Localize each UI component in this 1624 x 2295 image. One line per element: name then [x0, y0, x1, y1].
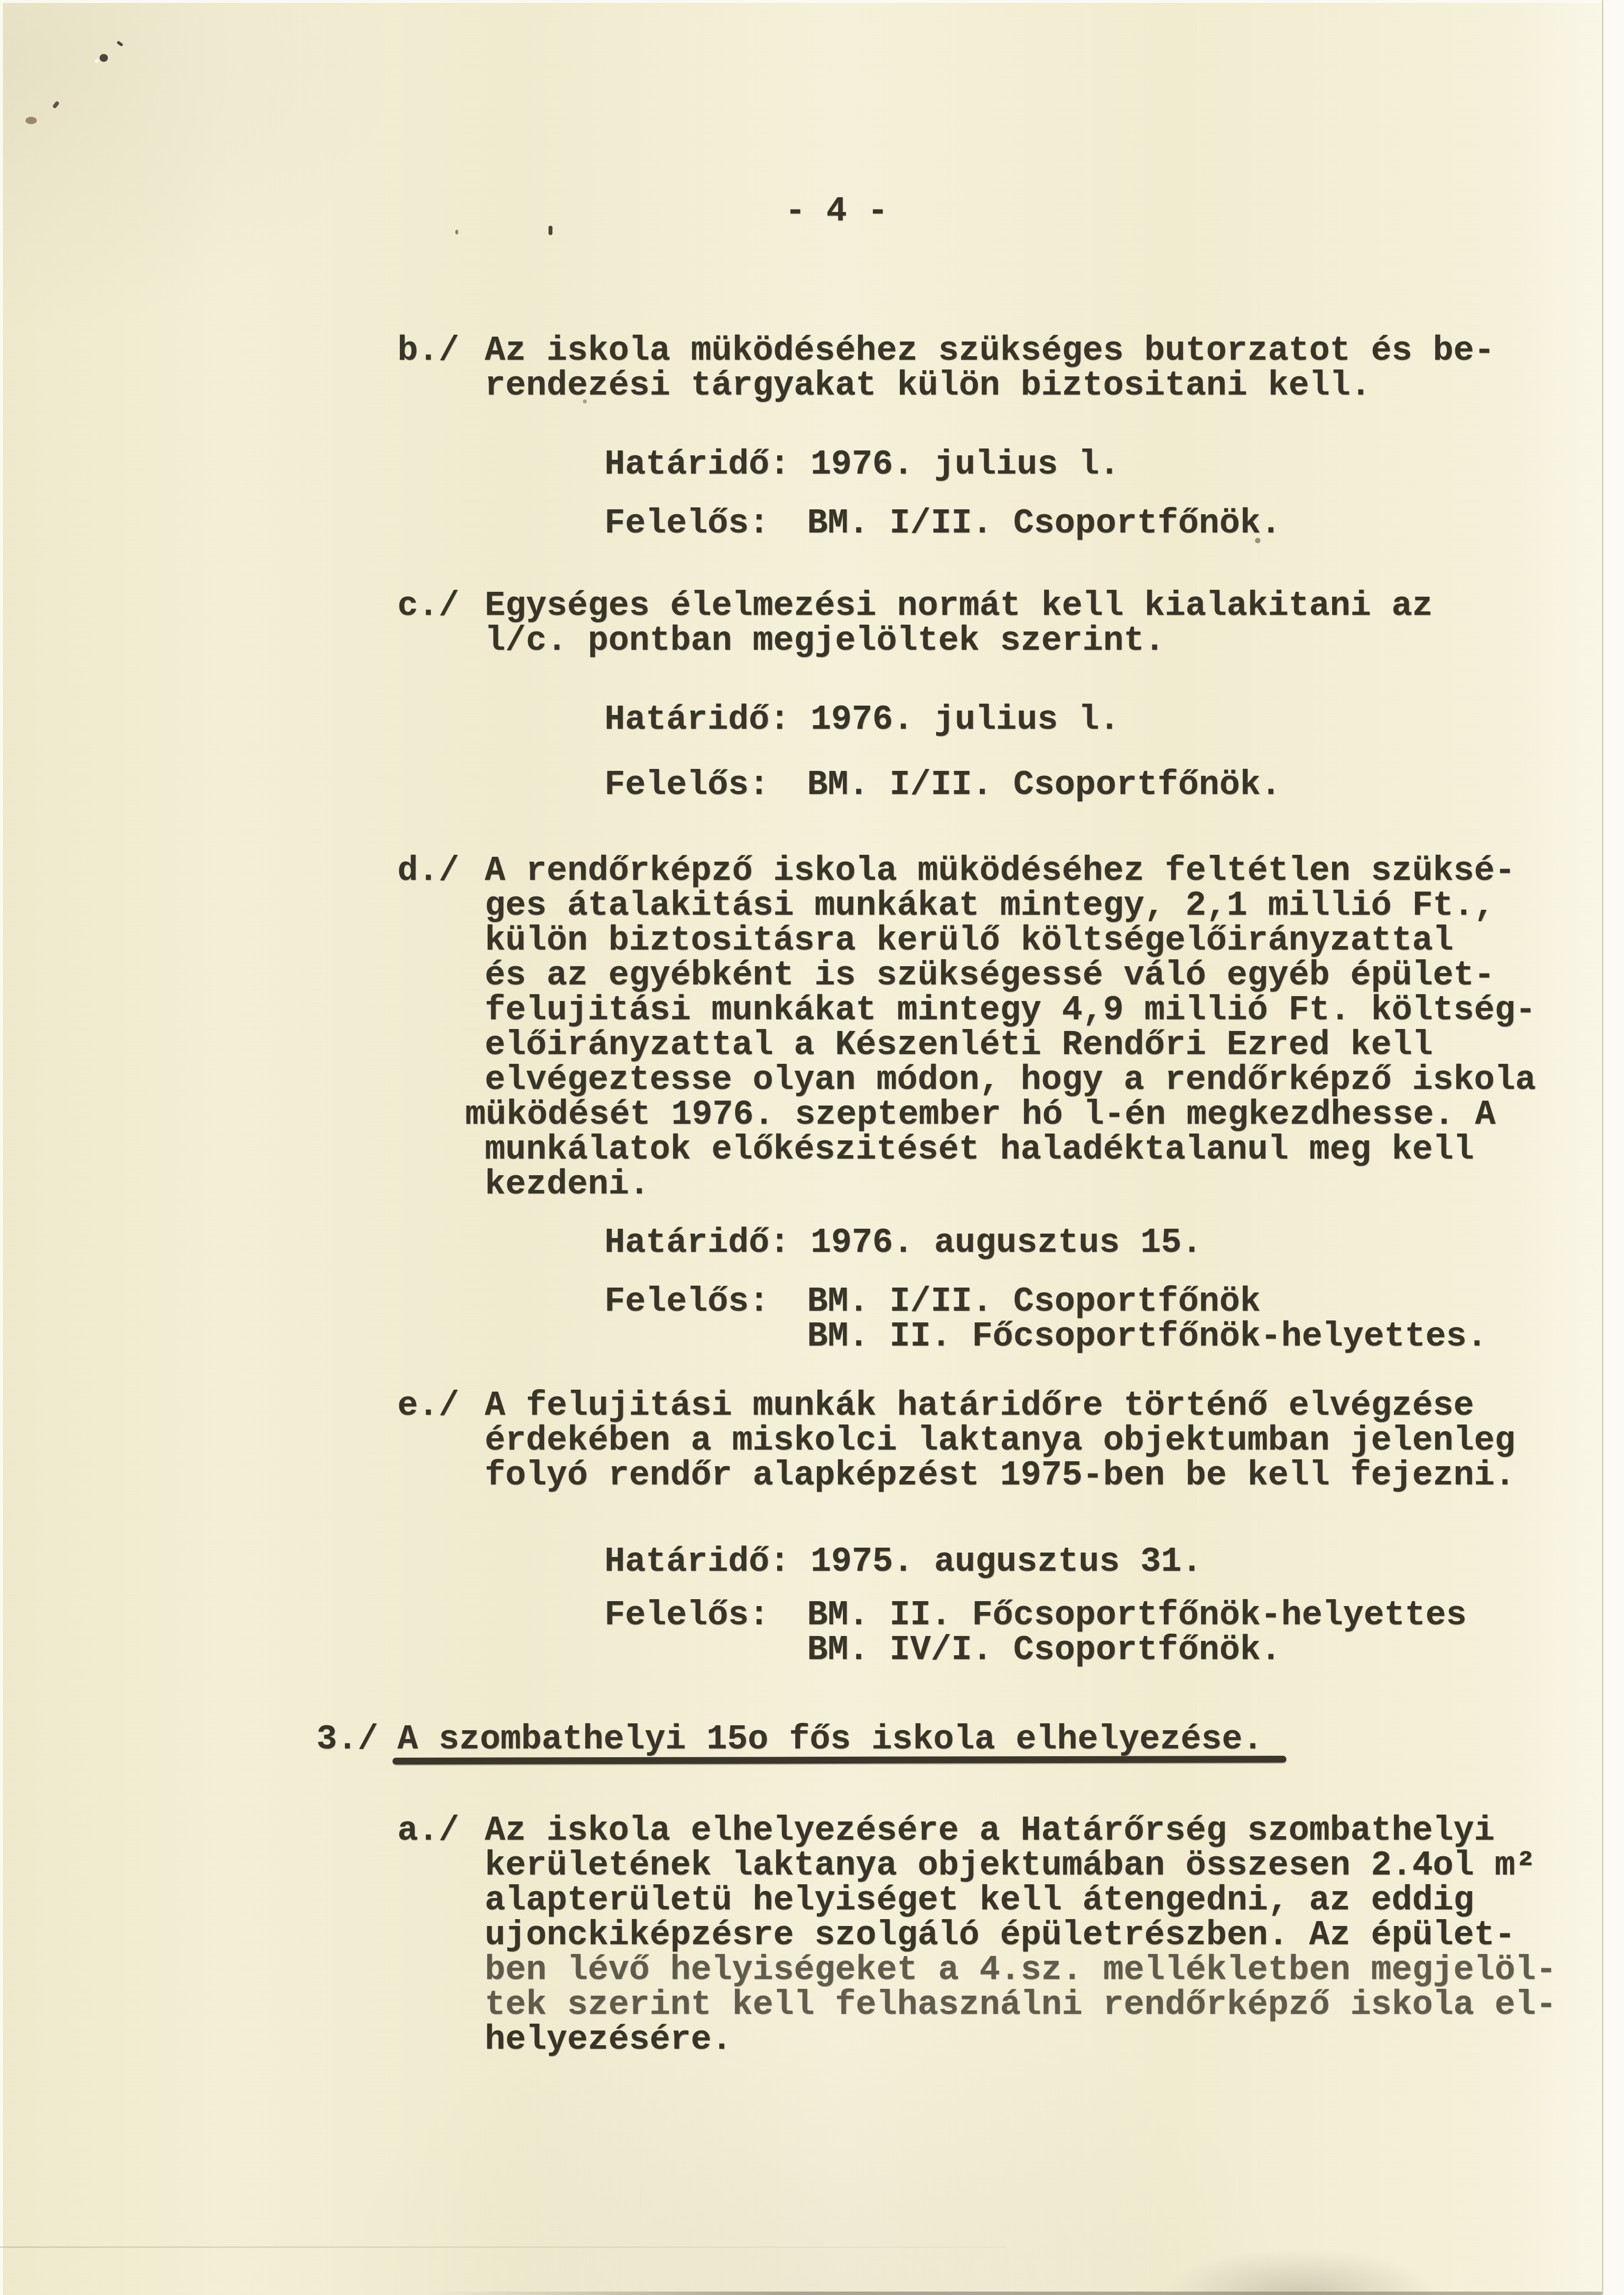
responsible-label: Felelős:: [604, 506, 769, 541]
item-paragraph: Az iskola elhelyezésére a Határőrség szo…: [485, 1814, 1603, 2058]
responsible-value: BM. II. Főcsoportfőnök-helyettes: [807, 1598, 1467, 1633]
responsible-label: Felelős:: [604, 1598, 769, 1633]
scan-edge-top: [0, 0, 1624, 3]
deadline-value: 1975. augusztus 31.: [811, 1545, 1202, 1580]
responsible-row: Felelős: BM. II. Főcsoportfőnök-helyette…: [604, 1598, 1603, 1668]
deadline-value: 1976. augusztus 15.: [811, 1226, 1202, 1261]
paragraph-line: ben lévő helyiségeket a 4.sz. mellékletb…: [485, 1953, 1603, 1988]
section-number: 3./: [316, 1722, 378, 1757]
ink-speck: [455, 230, 458, 235]
item-b: b./ Az iskola müködéséhez szükséges buto…: [0, 334, 1603, 541]
paragraph-line: Az iskola elhelyezésére a Határőrség szo…: [485, 1814, 1603, 1848]
deadline-value: 1976. julius l.: [811, 448, 1120, 482]
item-d: d./ A rendőrképző iskola müködéséhez fel…: [0, 854, 1603, 1354]
item-paragraph: Egységes élelmezési normát kell kialakit…: [485, 589, 1603, 659]
deadline-label: Határidő:: [604, 448, 790, 482]
section-title: A szombathelyi 15o fős iskola elhelyezés…: [397, 1722, 1603, 1757]
item-label: c./: [397, 589, 459, 624]
paragraph-line: Egységes élelmezési normát kell kialakit…: [485, 589, 1603, 624]
paragraph-line: ujonckiképzésre szolgáló épületrészben. …: [485, 1918, 1603, 1953]
deadline-row: Határidő: 1976. julius l.: [604, 448, 1603, 482]
ink-speck: [26, 117, 37, 124]
responsible-row: Felelős: BM. I/II. Csoportfőnök.: [604, 506, 1603, 541]
responsible-label: Felelős:: [604, 1285, 769, 1319]
item-label: d./: [397, 854, 459, 889]
page-number: - 4 -: [785, 194, 888, 229]
deadline-row: Határidő: 1975. augusztus 31.: [604, 1545, 1603, 1580]
paragraph-line: kerületének laktanya objektumában összes…: [485, 1848, 1603, 1883]
paragraph-line: A felujitási munkák határidőre történő e…: [485, 1389, 1603, 1424]
bottom-corner-shadow: [1163, 2248, 1438, 2295]
deadline-row: Határidő: 1976. julius l.: [604, 703, 1603, 738]
item-c: c./ Egységes élelmezési normát kell kial…: [0, 589, 1603, 803]
item-label: e./: [397, 1389, 459, 1424]
responsible-row: Felelős: BM. I/II. Csoportfőnök.: [604, 768, 1603, 803]
ink-speck: [116, 41, 123, 47]
scanned-document-page: - 4 - b./ Az iskola müködéséhez szüksége…: [0, 0, 1624, 2295]
deadline-label: Határidő:: [604, 1226, 790, 1261]
paragraph-line: és az egyébként is szükségessé váló egyé…: [485, 958, 1603, 993]
responsible-value: BM. I/II. Csoportfőnök: [807, 1285, 1487, 1319]
deadline-value: 1976. julius l.: [811, 703, 1120, 738]
responsible-value: BM. I/II. Csoportfőnök.: [807, 506, 1281, 541]
paragraph-line: elvégeztesse olyan módon, hogy a rendőrk…: [485, 1063, 1603, 1098]
paragraph-line: A rendőrképző iskola müködéséhez feltétl…: [485, 854, 1603, 889]
paragraph-line: Az iskola müködéséhez szükséges butorzat…: [485, 334, 1603, 369]
paragraph-line: l/c. pontban megjelöltek szerint.: [485, 624, 1603, 659]
section-3-heading: 3./ A szombathelyi 15o fős iskola elhely…: [0, 1722, 1603, 1757]
item-paragraph: A rendőrképző iskola müködéséhez feltétl…: [485, 854, 1603, 1202]
ink-speck: [100, 54, 108, 62]
scanner-background-strip: [1602, 0, 1624, 2295]
deadline-row: Határidő: 1976. augusztus 15.: [604, 1226, 1603, 1261]
paragraph-line: folyó rendőr alapképzést 1975-ben be kel…: [485, 1458, 1603, 1493]
item-paragraph: A felujitási munkák határidőre történő e…: [485, 1389, 1603, 1493]
item-label: a./: [397, 1814, 459, 1848]
paragraph-line: tek szerint kell felhasználni rendőrképz…: [485, 1988, 1603, 2023]
responsible-label: Felelős:: [604, 768, 769, 803]
deadline-label: Határidő:: [604, 1545, 790, 1580]
paragraph-line: rendezési tárgyakat külön biztositani ke…: [485, 369, 1603, 403]
title-underline: [393, 1756, 1286, 1765]
responsible-values: BM. II. Főcsoportfőnök-helyettesBM. IV/I…: [807, 1598, 1467, 1668]
paragraph-line: alapterületü helyiséget kell átengedni, …: [485, 1883, 1603, 1918]
ink-speck: [549, 226, 552, 235]
paragraph-line: érdekében a miskolci laktanya objektumba…: [485, 1424, 1603, 1458]
paragraph-line: müködését 1976. szeptember hó l-én megke…: [465, 1098, 1603, 1133]
paragraph-line: felujitási munkákat mintegy 4,9 millió F…: [485, 993, 1603, 1028]
responsible-values: BM. I/II. CsoportfőnökBM. II. Főcsoportf…: [807, 1285, 1487, 1354]
item-label: b./: [397, 334, 459, 369]
deadline-label: Határidő:: [604, 703, 790, 738]
paragraph-line: helyezésére.: [485, 2023, 1603, 2058]
paragraph-line: külön biztositásra kerülő költségelőirán…: [485, 923, 1603, 958]
paragraph-line: kezdeni.: [485, 1167, 1603, 1202]
item-paragraph: Az iskola müködéséhez szükséges butorzat…: [485, 334, 1603, 403]
paragraph-line: előirányzattal a Készenléti Rendőri Ezre…: [485, 1028, 1603, 1063]
paper-crease: [0, 2246, 1006, 2248]
responsible-value: BM. II. Főcsoportfőnök-helyettes.: [807, 1319, 1487, 1354]
responsible-value: BM. IV/I. Csoportfőnök.: [807, 1633, 1467, 1668]
ink-speck: [52, 101, 60, 109]
responsible-value: BM. I/II. Csoportfőnök.: [807, 768, 1281, 803]
item-a: a./ Az iskola elhelyezésére a Határőrség…: [0, 1814, 1603, 2058]
responsible-row: Felelős: BM. I/II. CsoportfőnökBM. II. F…: [604, 1285, 1603, 1354]
paragraph-line: munkálatok előkészitését haladéktalanul …: [485, 1133, 1603, 1167]
item-e: e./ A felujitási munkák határidőre törté…: [0, 1389, 1603, 1668]
paragraph-line: ges átalakitási munkákat mintegy, 2,1 mi…: [485, 889, 1603, 923]
